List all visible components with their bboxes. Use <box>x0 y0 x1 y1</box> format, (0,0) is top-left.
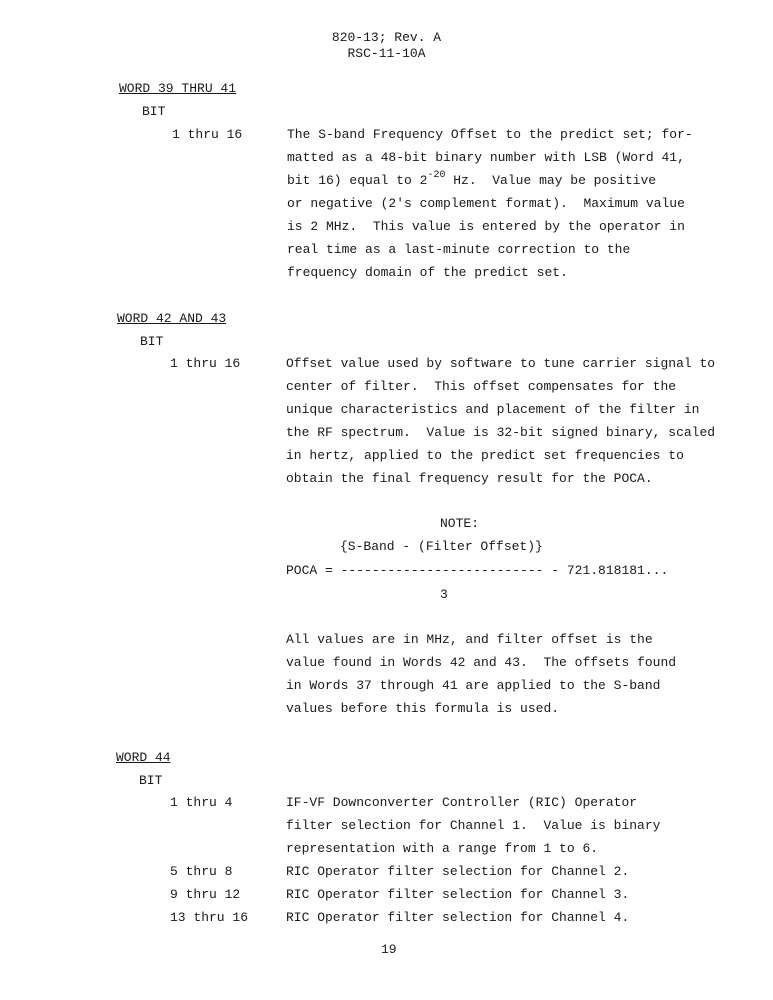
description-line: unique characteristics and placement of … <box>286 402 699 418</box>
description-text: bit 16) equal to 2 <box>287 173 427 188</box>
description-line: matted as a 48-bit binary number with LS… <box>287 150 685 166</box>
formula-denominator: 3 <box>440 587 448 603</box>
description-line: IF-VF Downconverter Controller (RIC) Ope… <box>286 795 637 811</box>
description-line: obtain the final frequency result for th… <box>286 471 653 487</box>
description-line: representation with a range from 1 to 6. <box>286 841 598 857</box>
note-label: NOTE: <box>440 516 479 532</box>
description-line: in hertz, applied to the predict set fre… <box>286 448 684 464</box>
description-line: or negative (2's complement format). Max… <box>287 196 685 212</box>
description-line: RIC Operator filter selection for Channe… <box>286 887 629 903</box>
bit-range: 5 thru 8 <box>170 864 232 880</box>
exponent: -20 <box>427 170 445 181</box>
document-id: 820-13; Rev. A <box>0 30 773 46</box>
bit-range: 9 thru 12 <box>170 887 240 903</box>
bit-label: BIT <box>140 334 163 350</box>
description-line: is 2 MHz. This value is entered by the o… <box>287 219 685 235</box>
description-line: The S-band Frequency Offset to the predi… <box>287 127 693 143</box>
formula-line: POCA = -------------------------- - 721.… <box>286 563 668 579</box>
bit-label: BIT <box>142 104 165 120</box>
bit-range: 1 thru 16 <box>170 356 240 372</box>
description-line: RIC Operator filter selection for Channe… <box>286 910 629 926</box>
bit-range: 1 thru 4 <box>170 795 232 811</box>
note-paragraph-line: value found in Words 42 and 43. The offs… <box>286 655 676 671</box>
description-text: Hz. Value may be positive <box>445 173 656 188</box>
section-title: WORD 39 THRU 41 <box>119 81 236 97</box>
description-line: the RF spectrum. Value is 32-bit signed … <box>286 425 715 441</box>
section-title: WORD 44 <box>116 750 171 766</box>
bit-label: BIT <box>139 773 162 789</box>
description-line: RIC Operator filter selection for Channe… <box>286 864 629 880</box>
document-reference: RSC-11-10A <box>0 46 773 62</box>
description-line: Offset value used by software to tune ca… <box>286 356 715 372</box>
section-title: WORD 42 AND 43 <box>117 311 226 327</box>
description-line: bit 16) equal to 2-20 Hz. Value may be p… <box>287 173 656 189</box>
bit-range: 1 thru 16 <box>172 127 242 143</box>
note-paragraph-line: All values are in MHz, and filter offset… <box>286 632 653 648</box>
bit-range: 13 thru 16 <box>170 910 248 926</box>
description-line: filter selection for Channel 1. Value is… <box>286 818 660 834</box>
page-number: 19 <box>381 942 397 958</box>
formula-numerator: {S-Band - (Filter Offset)} <box>340 539 543 555</box>
description-line: frequency domain of the predict set. <box>287 265 568 281</box>
description-line: real time as a last-minute correction to… <box>287 242 630 258</box>
description-line: center of filter. This offset compensate… <box>286 379 676 395</box>
note-paragraph-line: in Words 37 through 41 are applied to th… <box>286 678 660 694</box>
note-paragraph-line: values before this formula is used. <box>286 701 559 717</box>
